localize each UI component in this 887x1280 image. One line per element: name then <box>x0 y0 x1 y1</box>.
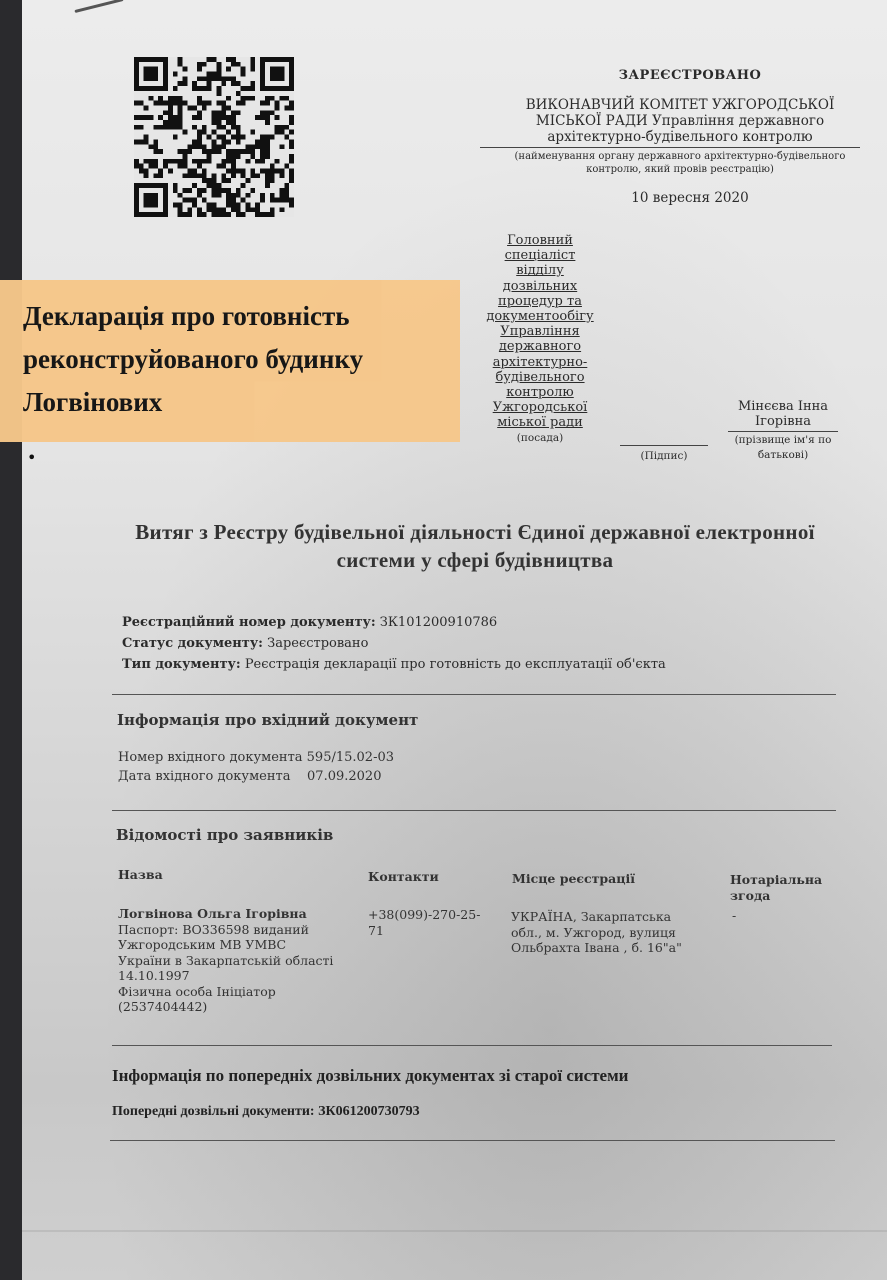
registration-organization: ВИКОНАВЧИЙ КОМІТЕТ УЖГОРОДСЬКОЇ МІСЬКОЇ … <box>480 97 860 145</box>
signatory-name-block: Мінєєва Інна Ігорівна (прізвище ім'я по … <box>728 399 838 463</box>
previous-docs-label: Попередні дозвільні документи: <box>112 1104 315 1119</box>
col-name: Назва <box>118 867 163 883</box>
incoming-number: 595/15.02-03 <box>307 750 394 765</box>
col-contacts: Контакти <box>368 869 439 885</box>
incoming-date: 07.09.2020 <box>307 769 381 784</box>
type-value: Реєстрація декларації про готовність до … <box>245 657 666 672</box>
previous-heading: Інформація по попередніх дозвільних доку… <box>112 1066 628 1086</box>
banner-title: Декларація про готовність реконструйован… <box>23 295 443 424</box>
bullet: • <box>27 448 36 467</box>
col-notary: Нотаріальна згода <box>730 872 840 904</box>
organization-hint: (найменування органу державного архітект… <box>480 150 860 176</box>
paper-fold <box>22 1230 887 1232</box>
applicant-contacts: +38(099)-270-25-71 <box>368 907 503 938</box>
signatory-name: Мінєєва Інна Ігорівна <box>728 399 838 429</box>
name-caption: (прізвище ім'я по батькові) <box>728 433 838 463</box>
signatory-position: Головнийспеціаліствідділудозвільнихпроце… <box>480 233 600 446</box>
divider <box>480 147 860 148</box>
applicants-heading: Відомості про заявників <box>116 826 333 844</box>
previous-docs-value: ЗК061200730793 <box>318 1104 420 1119</box>
registration-status: ЗАРЕЄСТРОВАНО <box>480 68 860 83</box>
divider <box>112 810 836 811</box>
applicant-notary: - <box>732 908 736 924</box>
divider <box>112 1045 832 1046</box>
col-registration: Місце реєстрації <box>512 871 635 887</box>
table-row: Логвінова Ольга Ігорівна Паспорт: ВО3365… <box>118 906 368 1015</box>
pen-mark <box>74 0 123 13</box>
incoming-number-label: Номер вхідного документа <box>118 750 303 765</box>
signature-caption: (Підпис) <box>620 450 708 462</box>
qr-code-icon <box>132 57 296 217</box>
divider <box>110 1140 835 1141</box>
registration-date: 10 вересня 2020 <box>480 190 860 206</box>
reg-number-label: Реєстраційний номер документу: <box>122 615 376 630</box>
position-caption: (посада) <box>480 431 600 446</box>
incoming-number-row: Номер вхідного документа 595/15.02-03 <box>118 748 394 767</box>
applicant-registration: УКРАЇНА, Закарпатськаобл., м. Ужгород, в… <box>511 909 711 956</box>
status-value: Зареєстровано <box>267 636 368 651</box>
incoming-date-row: Дата вхідного документа 07.09.2020 <box>118 767 381 786</box>
status-label: Статус документу: <box>122 636 263 651</box>
applicant-name: Логвінова Ольга Ігорівна <box>118 906 368 922</box>
signature-field: (Підпис) <box>620 445 708 462</box>
divider <box>112 694 836 695</box>
document-meta: Реєстраційний номер документу: ЗК1012009… <box>122 612 666 675</box>
overlay-banner: Декларація про готовність реконструйован… <box>0 280 460 442</box>
document-title: Витяг з Реєстру будівельної діяльності Є… <box>120 518 830 574</box>
incoming-heading: Інформація про вхідний документ <box>117 711 418 729</box>
previous-docs-row: Попередні дозвільні документи: ЗК0612007… <box>112 1104 420 1120</box>
registration-stamp: ЗАРЕЄСТРОВАНО ВИКОНАВЧИЙ КОМІТЕТ УЖГОРОД… <box>480 68 860 206</box>
type-label: Тип документу: <box>122 657 241 672</box>
reg-number: ЗК101200910786 <box>380 615 497 630</box>
incoming-date-label: Дата вхідного документа <box>118 769 291 784</box>
